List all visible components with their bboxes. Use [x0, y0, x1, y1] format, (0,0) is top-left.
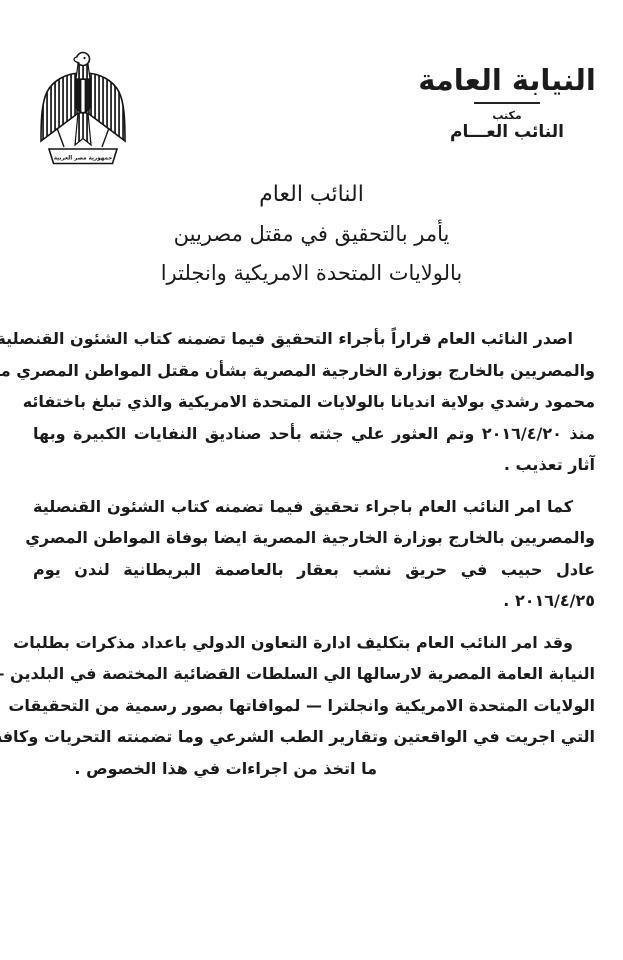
document-title: النائب العام يأمر بالتحقيق في مقتل مصريي… — [0, 180, 623, 288]
letterhead-organization: النيابة العامة — [417, 60, 597, 100]
eagle-head — [77, 53, 90, 66]
body-line: النيابة العامة المصرية لارسالها الي السل… — [33, 658, 595, 690]
document-page: جمهورية مصر العربية النيابة العامة مكتب … — [0, 0, 623, 960]
egypt-coat-of-arms: جمهورية مصر العربية — [36, 48, 130, 172]
body-line: كما امر النائب العام باجراء تحقيق فيما ت… — [33, 491, 595, 523]
body-line: آثار تعذيب . — [33, 449, 595, 481]
letterhead-office-label: مكتب — [417, 109, 597, 122]
body-line: والمصريين بالخارج بوزارة الخارجية المصري… — [33, 522, 595, 554]
letterhead-office-title: النائب العـــام — [417, 122, 597, 143]
letterhead-rule — [474, 102, 540, 104]
body-line: منذ ٢٠١٦/٤/٢٠ وتم العثور علي جثته بأحد ص… — [33, 418, 595, 450]
body-paragraph: اصدر النائب العام قراراً بأجراء التحقيق … — [33, 323, 595, 481]
body-paragraph: وقد امر النائب العام بتكليف ادارة التعاو… — [33, 627, 595, 785]
document-header: جمهورية مصر العربية النيابة العامة مكتب … — [0, 0, 623, 176]
title-line-3: بالولايات المتحدة الامريكية وانجلترا — [0, 258, 623, 288]
body-line: التي اجريت في الواقعتين وتقارير الطب الش… — [33, 721, 595, 753]
body-line: وقد امر النائب العام بتكليف ادارة التعاو… — [33, 627, 595, 659]
title-line-1: النائب العام — [0, 180, 623, 210]
body-line: محمود رشدي بولاية انديانا بالولايات المت… — [33, 386, 595, 418]
eagle-of-saladin-icon: جمهورية مصر العربية — [36, 48, 130, 172]
body-line: ما اتخذ من اجراءات في هذا الخصوص . — [33, 753, 595, 785]
eagle-tail — [75, 113, 91, 145]
emblem-banner-text: جمهورية مصر العربية — [54, 156, 112, 162]
title-line-2: يأمر بالتحقيق في مقتل مصريين — [0, 219, 623, 249]
body-paragraph: كما امر النائب العام باجراء تحقيق فيما ت… — [33, 491, 595, 617]
document-body: اصدر النائب العام قراراً بأجراء التحقيق … — [0, 323, 623, 784]
body-line: ٢٠١٦/٤/٢٥ . — [33, 585, 595, 617]
eagle-eye — [83, 57, 85, 59]
body-line: الولايات المتحدة الامريكية وانجلترا — لم… — [33, 690, 595, 722]
letterhead: النيابة العامة مكتب النائب العـــام — [417, 60, 597, 143]
body-line: والمصريين بالخارج بوزارة الخارجية المصري… — [33, 355, 595, 387]
body-line: اصدر النائب العام قراراً بأجراء التحقيق … — [33, 323, 595, 355]
body-line: عادل حبيب في حريق نشب بعقار بالعاصمة الب… — [33, 554, 595, 586]
